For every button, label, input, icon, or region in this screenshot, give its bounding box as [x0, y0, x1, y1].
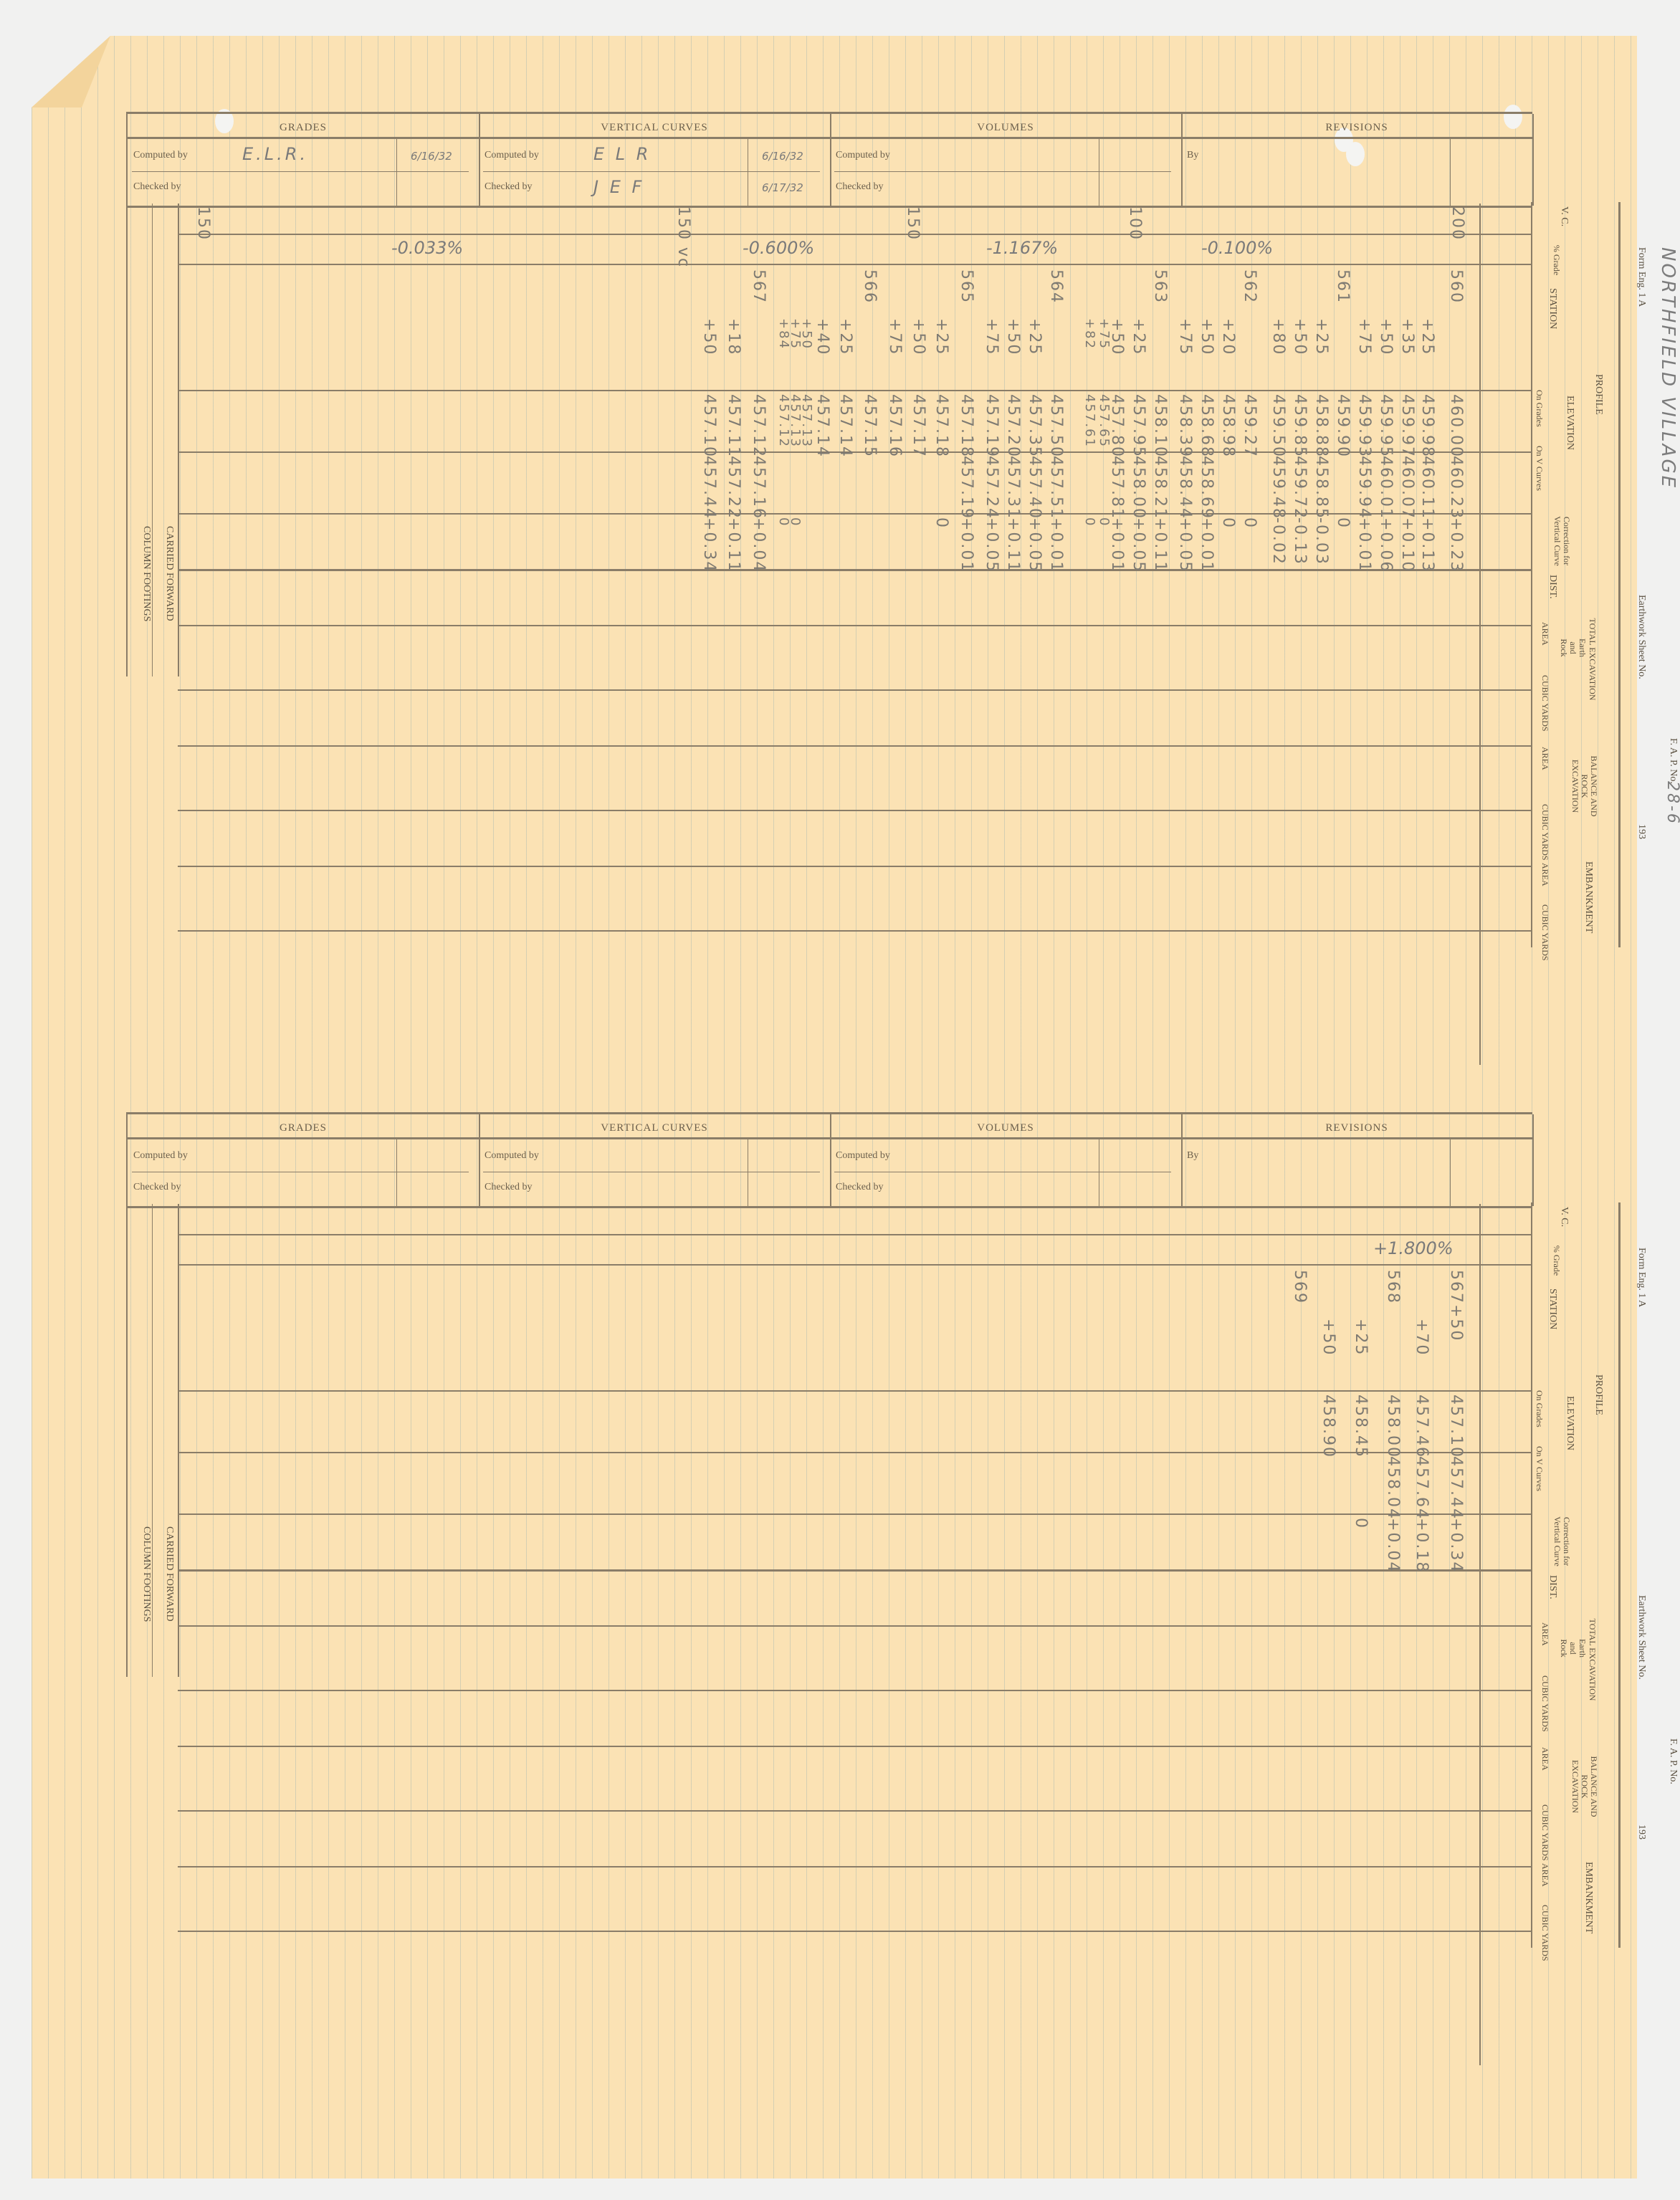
station-cell[interactable]: +25	[1418, 318, 1436, 355]
elevation-grade-cell[interactable]: 458.39	[1176, 394, 1194, 458]
station-cell[interactable]: 567	[750, 269, 768, 304]
vc-checked-date[interactable]: 6/17/32	[762, 181, 803, 194]
cubic-yards-header: CUBIC YARDS	[1540, 1804, 1550, 1861]
elevation-vc-cell[interactable]: 457.81	[1108, 456, 1126, 520]
elevation-vc-cell[interactable]: 457.24	[983, 456, 1001, 520]
earthwork-form-bottom: GRADES Computed by Checked by VERTICAL C…	[126, 1112, 1531, 2065]
elevation-vc-cell[interactable]: 458.00	[1130, 456, 1147, 520]
elevation-vc-cell[interactable]: 457.44	[700, 456, 718, 520]
year-label: 193	[1636, 1824, 1647, 1840]
vc-header: V. C.	[1558, 1207, 1570, 1227]
elevation-vc-cell[interactable]: 460.11	[1418, 456, 1436, 520]
station-cell[interactable]: 561	[1334, 269, 1352, 304]
signoff-header: GRADES Computed by Checked by E.L.R. 6/1…	[126, 112, 1532, 208]
elevation-vc-cell[interactable]: 457.22	[725, 456, 743, 520]
correction-cell[interactable]: -0.02	[1269, 517, 1287, 565]
correction-cell[interactable]: +0.11	[1004, 517, 1022, 573]
elevation-vc-cell[interactable]: 457.31	[1004, 456, 1022, 520]
elevation-grade-cell[interactable]: 458.98	[1219, 394, 1237, 458]
year-label: 193	[1636, 824, 1647, 839]
station-cell[interactable]: +50	[700, 318, 718, 355]
elevation-vc-cell[interactable]: 458.85	[1312, 456, 1330, 520]
correction-cell[interactable]: -0.03	[1312, 517, 1330, 565]
elevation-grade-cell[interactable]: 458.68	[1198, 394, 1216, 458]
area-header: AREA	[1540, 863, 1550, 886]
grades-section: GRADES Computed by Checked by E.L.R. 6/1…	[128, 114, 480, 206]
elevation-grade-cell[interactable]: 458.45	[1352, 1395, 1370, 1458]
station-cell[interactable]: 569	[1291, 1270, 1309, 1304]
form-number: Form Eng. 1 A	[1636, 1248, 1647, 1307]
by-label: By	[1187, 1150, 1198, 1162]
by-label: By	[1187, 150, 1198, 161]
grades-title: GRADES	[128, 118, 479, 139]
station-cell[interactable]: +50	[1377, 318, 1395, 355]
checked-by-label: Checked by	[836, 1182, 883, 1193]
station-cell[interactable]: +25	[1130, 318, 1147, 355]
elevation-grade-cell[interactable]: 457.19	[983, 394, 1001, 458]
computed-by-label: Computed by	[133, 150, 188, 161]
station-cell[interactable]: +75	[1355, 318, 1373, 355]
station-cell[interactable]: +75	[1097, 318, 1112, 350]
station-cell[interactable]: +50	[1198, 318, 1216, 355]
checked-by-label: Checked by	[133, 1182, 181, 1193]
correction-cell[interactable]: +0.34	[700, 517, 718, 573]
checked-by-label: Checked by	[133, 181, 181, 193]
cubic-yards-header: CUBIC YARDS	[1540, 1905, 1550, 1961]
correction-cell[interactable]: +0.01	[1047, 517, 1065, 573]
elevation-grade-cell[interactable]: 457.12	[776, 394, 791, 448]
elevation-header: ELEVATION	[1564, 396, 1575, 450]
correction-cell[interactable]: +0.11	[725, 517, 743, 573]
revisions-section: REVISIONS By	[1181, 114, 1534, 206]
station-cell[interactable]: +50	[1291, 318, 1309, 355]
correction-cell[interactable]: +0.13	[1418, 517, 1436, 573]
on-v-curves-header: On V Curves	[1535, 446, 1544, 491]
elevation-grade-cell[interactable]: 457.65	[1097, 394, 1112, 448]
elevation-vc-cell[interactable]: 460.07	[1398, 456, 1416, 520]
station-cell[interactable]: +84	[776, 318, 791, 350]
vc-length[interactable]: 200	[1448, 206, 1466, 241]
area-header: AREA	[1540, 622, 1550, 646]
elevation-grade-cell[interactable]: 457.10	[700, 394, 718, 458]
elevation-vc-cell[interactable]: 459.94	[1355, 456, 1373, 520]
elevation-vc-cell[interactable]: 458.69	[1198, 456, 1216, 520]
volumes-section: VOLUMES Computed by Checked by	[830, 114, 1183, 206]
left-margin-columns: COLUMN FOOTINGS CARRIED FORWARD	[126, 1204, 179, 1677]
vertical-curves-title: VERTICAL CURVES	[479, 1119, 830, 1139]
on-v-curves-header: On V Curves	[1535, 1446, 1544, 1491]
grade-percent[interactable]: -0.600%	[743, 238, 814, 258]
on-grades-header: On Grades	[1535, 390, 1544, 427]
correction-cell[interactable]: 0	[776, 517, 791, 527]
carried-forward-label: CARRIED FORWARD	[163, 526, 175, 621]
fap-label: F. A. P. No.	[1667, 738, 1679, 784]
grades-computed-by-value[interactable]: E.L.R.	[242, 144, 308, 164]
volumes-title: VOLUMES	[830, 118, 1181, 139]
station-cell[interactable]: 560	[1447, 269, 1465, 304]
earth-rock-header: Earth and Rock	[1559, 1632, 1587, 1664]
correction-cell[interactable]: 0	[1082, 517, 1097, 527]
profile-header: PROFILE	[1593, 1374, 1604, 1415]
correction-cell[interactable]: +0.06	[1377, 517, 1395, 573]
vc-computed-by-value[interactable]: E L R	[593, 144, 651, 164]
correction-cell[interactable]: +0.18	[1413, 1518, 1431, 1573]
profile-header: PROFILE	[1593, 374, 1604, 415]
correction-cell[interactable]: -0.13	[1291, 517, 1309, 565]
correction-cell[interactable]: 0	[1241, 517, 1259, 529]
elevation-vc-cell[interactable]: 457.64	[1413, 1456, 1431, 1520]
grade-header: % Grade	[1552, 242, 1561, 278]
station-header: STATION	[1547, 288, 1558, 329]
correction-cell[interactable]: +0.05	[983, 517, 1001, 573]
elevation-grade-cell[interactable]: 457.16	[886, 394, 904, 458]
elevation-grade-cell[interactable]: 458.00	[1384, 1395, 1402, 1458]
volumes-section: VOLUMES Computed by Checked by	[830, 1114, 1183, 1206]
elevation-grade-cell[interactable]: 459.27	[1241, 394, 1259, 458]
checked-by-label: Checked by	[485, 1182, 532, 1193]
form-title-panel: STATE OF VERMONT DEPARTMENT OF HIGHWAYS …	[1531, 0, 1680, 1003]
station-cell[interactable]: +70	[1413, 1319, 1431, 1356]
computed-by-label: Computed by	[836, 150, 890, 161]
grades-section: GRADES Computed by Checked by	[128, 1114, 480, 1206]
computed-by-label: Computed by	[485, 1150, 539, 1162]
elevation-grade-cell[interactable]: 457.14	[836, 394, 854, 458]
correction-cell[interactable]: +0.01	[1355, 517, 1373, 573]
correction-cell[interactable]: +0.23	[1447, 517, 1465, 573]
elevation-vc-cell[interactable]: 460.01	[1377, 456, 1395, 520]
correction-cell[interactable]: 0	[1352, 1518, 1370, 1529]
station-cell[interactable]: +82	[1082, 318, 1097, 350]
revisions-section: REVISIONS By	[1181, 1114, 1534, 1206]
elevation-grade-cell[interactable]: 457.14	[813, 394, 831, 458]
signoff-header: GRADES Computed by Checked by VERTICAL C…	[126, 1112, 1532, 1208]
vertical-curves-section: VERTICAL CURVES Computed by Checked by E…	[479, 114, 831, 206]
vc-length[interactable]: 100	[1126, 206, 1144, 241]
station-cell[interactable]: +80	[1269, 318, 1287, 355]
cubic-yards-header: CUBIC YARDS	[1540, 675, 1550, 732]
grade-percent[interactable]: -0.033%	[391, 238, 463, 258]
earthwork-sheet-label: Earthwork Sheet No.	[1636, 595, 1647, 679]
station-cell[interactable]: 567+50	[1447, 1270, 1465, 1341]
correction-cell[interactable]: 0	[1219, 517, 1237, 529]
area-header: AREA	[1540, 1747, 1550, 1771]
elevation-vc-cell[interactable]: 458.04	[1384, 1456, 1402, 1520]
station-cell[interactable]: +40	[813, 318, 831, 355]
station-cell[interactable]: 562	[1241, 269, 1259, 304]
correction-cell[interactable]: +0.05	[1026, 517, 1044, 573]
earthwork-sheet-label: Earthwork Sheet No.	[1636, 1595, 1647, 1680]
cubic-yards-header: CUBIC YARDS	[1540, 904, 1550, 961]
elevation-vc-cell[interactable]: 457.44	[1447, 1456, 1465, 1520]
fap-label: F. A. P. No.	[1667, 1739, 1679, 1784]
correction-cell[interactable]: +0.11	[1151, 517, 1169, 573]
elevation-grade-cell[interactable]: 459.98	[1418, 394, 1436, 458]
station-cell[interactable]: +25	[836, 318, 854, 355]
station-cell[interactable]: +20	[1219, 318, 1237, 355]
profile-table: COLUMN FOOTINGS CARRIED FORWARD +1.800% …	[126, 1204, 1531, 2065]
correction-cell[interactable]: 0	[932, 517, 950, 529]
elevation-grade-cell[interactable]: 458.10	[1151, 394, 1169, 458]
vc-header: V. C.	[1558, 206, 1570, 226]
earth-rock-header: Earth and Rock	[1559, 632, 1587, 664]
correction-cell[interactable]: +0.04	[750, 517, 768, 573]
revisions-title: REVISIONS	[1181, 1119, 1532, 1139]
grade-percent[interactable]: +1.800%	[1373, 1238, 1454, 1258]
cubic-yards-header: CUBIC YARDS	[1540, 804, 1550, 861]
computed-by-label: Computed by	[485, 150, 539, 161]
station-cell[interactable]: +25	[1352, 1319, 1370, 1356]
elevation-grade-cell[interactable]: 459.85	[1291, 394, 1309, 458]
vc-length[interactable]: 150 vc	[674, 206, 692, 268]
vc-length[interactable]: 150	[904, 206, 922, 241]
station-cell[interactable]: +50	[1319, 1319, 1337, 1356]
elevation-grade-cell[interactable]: 457.12	[750, 394, 768, 458]
elevation-grade-cell[interactable]: 457.18	[932, 394, 950, 458]
elevation-grade-cell[interactable]: 457.46	[1413, 1395, 1431, 1458]
column-footings-label: COLUMN FOOTINGS	[140, 1526, 152, 1622]
station-cell[interactable]: 568	[1384, 1270, 1402, 1304]
embankment-header: EMBANKMENT	[1583, 861, 1594, 933]
station-cell[interactable]: +75	[983, 318, 1001, 355]
station-cell[interactable]: +18	[725, 318, 743, 355]
elevation-vc-cell[interactable]: 457.19	[958, 456, 975, 520]
elevation-grade-cell[interactable]: 457.18	[958, 394, 975, 458]
elevation-grade-cell[interactable]: 458.90	[1319, 1395, 1337, 1458]
column-footings-label: COLUMN FOOTINGS	[140, 526, 152, 621]
station-cell[interactable]: +50	[910, 318, 927, 355]
station-cell[interactable]: +75	[886, 318, 904, 355]
grade-percent[interactable]: -0.100%	[1201, 238, 1273, 258]
location-field[interactable]: NORTHFIELD VILLAGE	[1657, 247, 1679, 489]
column-header-strip: V. C. % Grade STATION PROFILE ELEVATION …	[1531, 202, 1621, 947]
station-cell[interactable]: +50	[1004, 318, 1022, 355]
station-header: STATION	[1547, 1288, 1558, 1329]
checked-by-label: Checked by	[485, 181, 532, 193]
total-excavation-header: TOTAL EXCAVATION	[1588, 1617, 1597, 1703]
grades-title: GRADES	[128, 1119, 479, 1139]
vc-computed-date[interactable]: 6/16/32	[762, 150, 803, 163]
elevation-vc-cell[interactable]: 458.21	[1151, 456, 1169, 520]
elevation-header: ELEVATION	[1564, 1396, 1575, 1450]
elevation-vc-cell[interactable]: 457.51	[1047, 456, 1065, 520]
elevation-grade-cell[interactable]: 458.88	[1312, 394, 1330, 458]
elevation-grade-cell[interactable]: 457.17	[910, 394, 927, 458]
station-cell[interactable]: +75	[1176, 318, 1194, 355]
elevation-grade-cell[interactable]: 457.11	[725, 394, 743, 458]
elevation-grade-cell[interactable]: 460.00	[1447, 394, 1465, 458]
form-title-panel: STATE OF VERMONT DEPARTMENT OF HIGHWAYS …	[1531, 1000, 1680, 2004]
column-header-strip: V. C. % Grade STATION PROFILE ELEVATION …	[1531, 1202, 1621, 1948]
elevation-grade-cell[interactable]: 457.10	[1447, 1395, 1465, 1458]
left-margin-columns: COLUMN FOOTINGS CARRIED FORWARD	[126, 204, 179, 676]
vc-checked-by-value[interactable]: J E F	[593, 177, 644, 197]
correction-cell[interactable]: +0.05	[1130, 517, 1147, 573]
fap-number-field[interactable]: 28-6	[1664, 781, 1680, 826]
elevation-vc-cell[interactable]: 459.48	[1269, 456, 1287, 520]
elevation-vc-cell[interactable]: 460.23	[1447, 456, 1465, 520]
grades-computed-date[interactable]: 6/16/32	[411, 150, 452, 163]
elevation-grade-cell[interactable]: 459.95	[1377, 394, 1395, 458]
station-cell[interactable]: +25	[932, 318, 950, 355]
elevation-grade-cell[interactable]: 459.50	[1269, 394, 1287, 458]
dist-header: DIST.	[1547, 575, 1558, 599]
computed-by-label: Computed by	[836, 1150, 890, 1162]
vertical-curves-section: VERTICAL CURVES Computed by Checked by	[479, 1114, 831, 1206]
elevation-grade-cell[interactable]: 457.50	[1047, 394, 1065, 458]
cubic-yards-header: CUBIC YARDS	[1540, 1675, 1550, 1732]
carried-forward-label: CARRIED FORWARD	[163, 1526, 175, 1622]
elevation-grade-cell[interactable]: 457.20	[1004, 394, 1022, 458]
station-cell[interactable]: 566	[861, 269, 879, 304]
elevation-grade-cell[interactable]: 457.95	[1130, 394, 1147, 458]
elevation-grade-cell[interactable]: 459.90	[1334, 394, 1352, 458]
dist-header: DIST.	[1547, 1575, 1558, 1599]
embankment-header: EMBANKMENT	[1583, 1862, 1594, 1933]
on-grades-header: On Grades	[1535, 1390, 1544, 1427]
elevation-vc-cell[interactable]: 457.40	[1026, 456, 1044, 520]
correction-header: Correction for Vertical Curve	[1552, 514, 1571, 568]
correction-cell[interactable]: +0.04	[1384, 1518, 1402, 1573]
profile-table: COLUMN FOOTINGS CARRIED FORWARD 200 100 …	[126, 204, 1531, 1065]
revisions-title: REVISIONS	[1181, 118, 1532, 139]
correction-cell[interactable]: +0.34	[1447, 1518, 1465, 1573]
volumes-title: VOLUMES	[830, 1119, 1181, 1139]
area-header: AREA	[1540, 1863, 1550, 1887]
correction-cell[interactable]: +0.05	[1176, 517, 1194, 573]
elevation-grade-cell[interactable]: 457.35	[1026, 394, 1044, 458]
earthwork-form-top: GRADES Computed by Checked by E.L.R. 6/1…	[126, 112, 1531, 1065]
station-cell[interactable]: 564	[1047, 269, 1065, 304]
balance-rock-header: BALANCE AND ROCK EXCAVATION	[1570, 747, 1598, 826]
elevation-vc-cell[interactable]: 459.72	[1291, 456, 1309, 520]
vc-length[interactable]: 150	[194, 206, 212, 241]
correction-cell[interactable]: +0.01	[1198, 517, 1216, 573]
elevation-vc-cell[interactable]: 457.16	[750, 456, 768, 520]
vertical-curves-title: VERTICAL CURVES	[479, 118, 830, 139]
area-header: AREA	[1540, 1622, 1550, 1646]
grade-percent[interactable]: -1.167%	[986, 238, 1058, 258]
elevation-grade-cell[interactable]: 457.61	[1082, 394, 1097, 448]
correction-cell[interactable]: +0.10	[1398, 517, 1416, 573]
station-cell[interactable]: +25	[1312, 318, 1330, 355]
form-number: Form Eng. 1 A	[1636, 247, 1647, 307]
correction-cell[interactable]: 0	[1334, 517, 1352, 529]
station-cell[interactable]: 563	[1151, 269, 1169, 304]
station-cell[interactable]: +25	[1026, 318, 1044, 355]
elevation-grade-cell[interactable]: 457.15	[861, 394, 879, 458]
grade-header: % Grade	[1552, 1243, 1561, 1278]
elevation-grade-cell[interactable]: 459.97	[1398, 394, 1416, 458]
area-header: AREA	[1540, 747, 1550, 770]
elevation-grade-cell[interactable]: 459.93	[1355, 394, 1373, 458]
station-cell[interactable]: +35	[1398, 318, 1416, 355]
elevation-vc-cell[interactable]: 458.44	[1176, 456, 1194, 520]
balance-rock-header: BALANCE AND ROCK EXCAVATION	[1570, 1747, 1598, 1826]
correction-cell[interactable]: 0	[1097, 517, 1112, 527]
total-excavation-header: TOTAL EXCAVATION	[1588, 616, 1597, 702]
correction-cell[interactable]: +0.01	[958, 517, 975, 573]
station-cell[interactable]: 565	[958, 269, 975, 304]
computed-by-label: Computed by	[133, 1150, 188, 1162]
checked-by-label: Checked by	[836, 181, 883, 193]
correction-header: Correction for Vertical Curve	[1552, 1514, 1571, 1569]
